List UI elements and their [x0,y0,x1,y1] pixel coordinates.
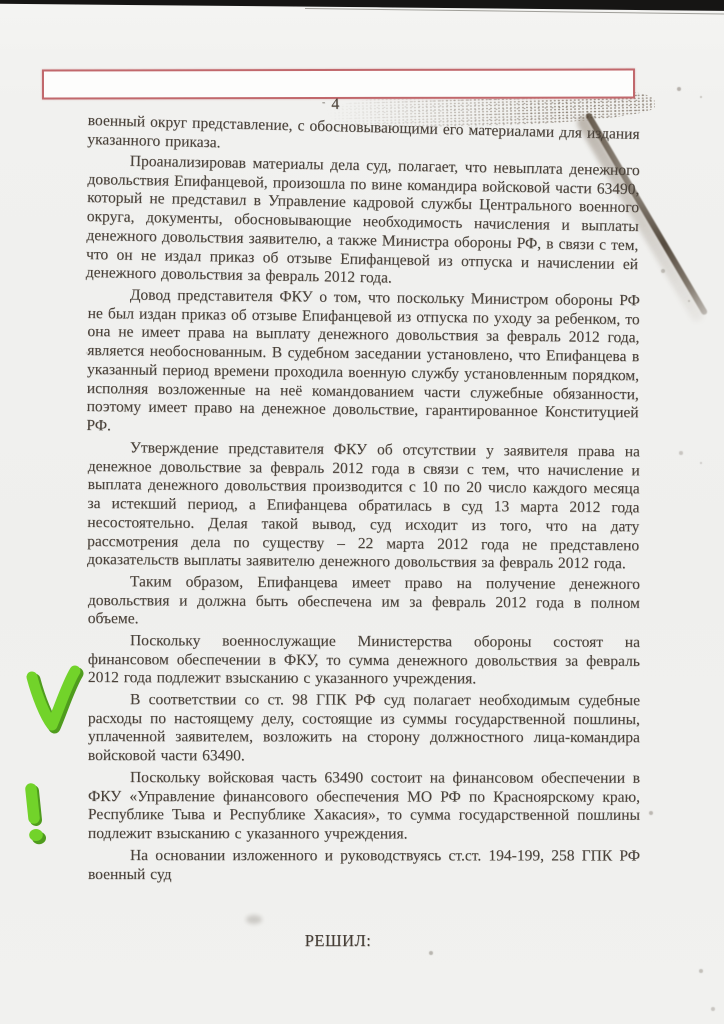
court-text-paragraph: Таким образом, Епифанцева имеет право на… [88,573,640,632]
exclamation-icon [16,780,56,852]
page-number-dash: - [322,97,326,108]
checkmark-icon [22,660,84,736]
page-number-value: 4 [331,96,339,113]
document-body: военный округ представление, с обосновыв… [88,112,640,887]
court-text-paragraph: На основании изложенного и руководствуяс… [88,847,640,885]
margin-specks [0,0,2,2]
smudge-blob [246,915,262,924]
court-text-paragraph: Поскольку военнослужащие Министерства об… [88,632,640,690]
ruling-heading: РЕШИЛ: [88,931,588,951]
court-text-paragraph: Утверждение представителя ФКУ об отсутст… [87,439,640,574]
court-text-paragraph: Поскольку войсковая часть 63490 состоит … [88,769,640,845]
court-text-paragraph: В соответствии со ст. 98 ГПК РФ суд пола… [88,691,640,767]
court-text-paragraph: Довод представителя ФКУ о том, что поско… [86,286,640,442]
court-text-paragraph: Проанализировав материалы дела суд, пола… [86,152,640,293]
